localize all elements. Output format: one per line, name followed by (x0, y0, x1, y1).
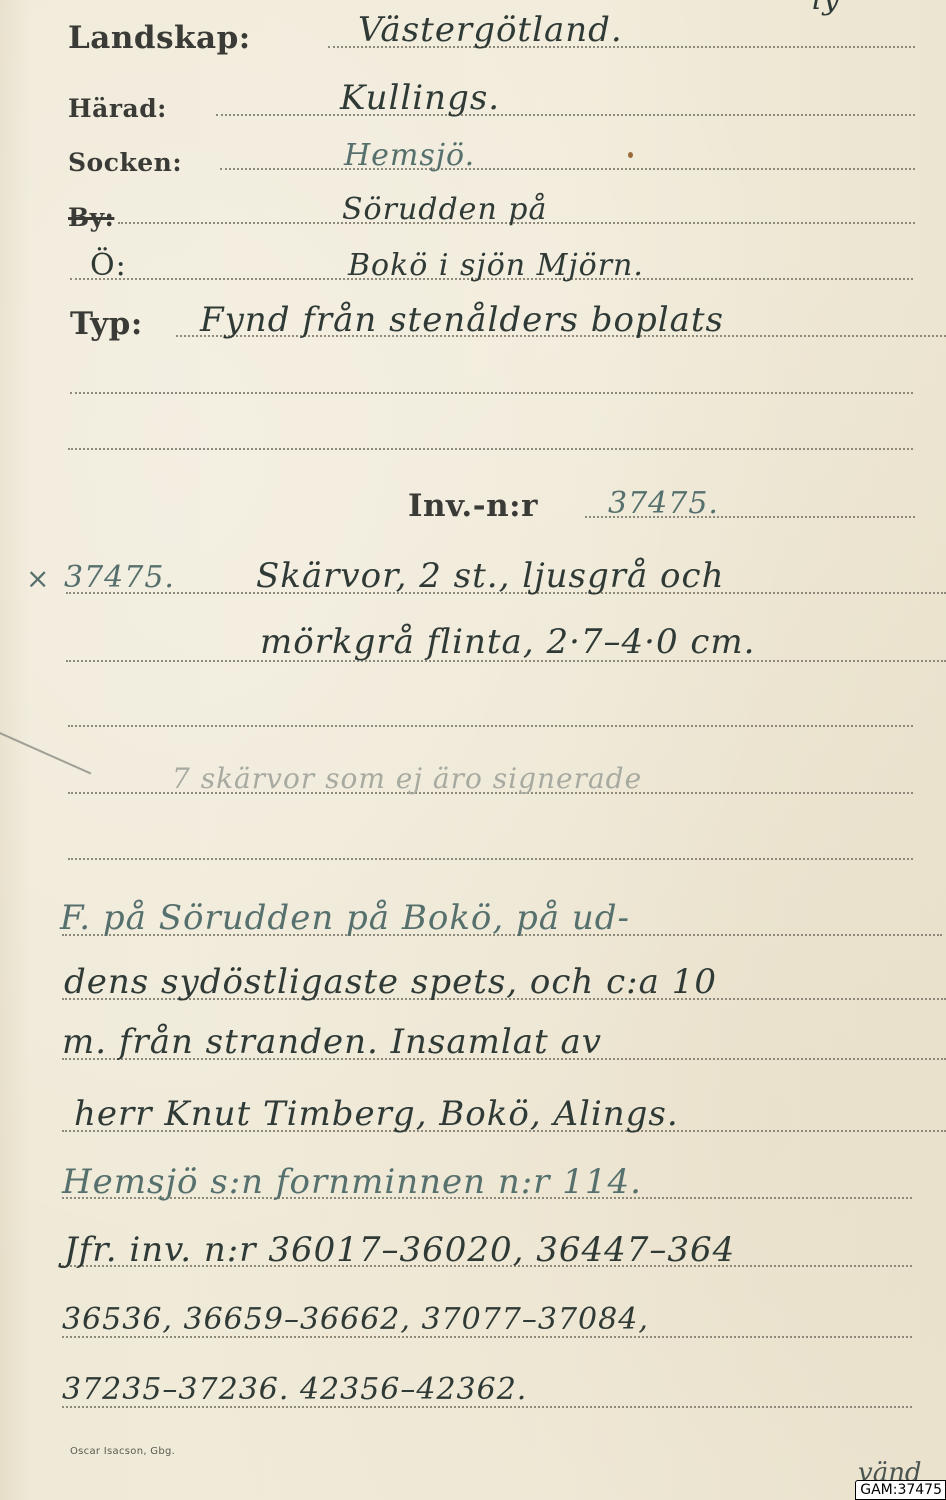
by-value: Sörudden på (342, 192, 547, 227)
by-label: By: (68, 203, 114, 232)
blank-rule-4 (68, 858, 913, 860)
desc-line-3: m. från stranden. Insamlat av (62, 1022, 602, 1062)
printer-imprint: Oscar Isacson, Gbg. (70, 1446, 175, 1457)
ink-spot (628, 152, 633, 158)
desc-line-4: herr Knut Timberg, Bokö, Alings. (74, 1094, 679, 1134)
desc-line-2: dens sydöstligaste spets, och c:a 10 (64, 962, 717, 1002)
entry-mark: × (26, 562, 50, 595)
desc-line-8: 37235–37236. 42356–42362. (62, 1372, 527, 1407)
desc-line-5: Hemsjö s:n fornminnen n:r 114. (62, 1162, 642, 1202)
socken-value: Hemsjö. (344, 138, 475, 173)
blank-rule-2 (68, 448, 913, 450)
catalogue-card: ly Landskap: Västergötland. Härad: Kulli… (0, 0, 946, 1500)
harad-rule (216, 114, 915, 116)
inventory-label: Inv.-n:r (408, 488, 538, 524)
socken-label: Socken: (68, 148, 182, 177)
entry-line-2: mörkgrå flinta, 2·7–4·0 cm. (260, 622, 755, 662)
desc-line-6: Jfr. inv. n:r 36017–36020, 36447–364 (64, 1230, 735, 1270)
inventory-number: 37475. (608, 486, 719, 521)
landskap-label: Landskap: (68, 20, 251, 56)
landskap-value: Västergötland. (358, 10, 623, 50)
socken-rule (220, 168, 915, 170)
entry-number: 37475. (64, 560, 175, 595)
harad-label: Härad: (68, 94, 167, 123)
pencil-note: 7 skärvor som ej äro signerade (172, 762, 642, 795)
blank-rule-3 (68, 725, 913, 727)
pencil-stroke-mark (0, 732, 91, 775)
entry-line-1: Skärvor, 2 st., ljusgrå och (256, 556, 724, 596)
desc-line-1: F. på Sörudden på Bokö, på ud- (60, 898, 630, 938)
catalog-id-tag: GAM:37475 (855, 1480, 946, 1500)
typ-label: Typ: (70, 306, 143, 342)
o-value: Bokö i sjön Mjörn. (348, 248, 644, 283)
typ-value: Fynd från stenålders boplats (200, 300, 724, 340)
desc-line-7: 36536, 36659–36662, 37077–37084, (62, 1302, 649, 1337)
harad-value: Kullings. (340, 78, 500, 118)
blank-rule-1 (70, 392, 913, 394)
top-handwriting-fragment: ly (812, 0, 841, 17)
